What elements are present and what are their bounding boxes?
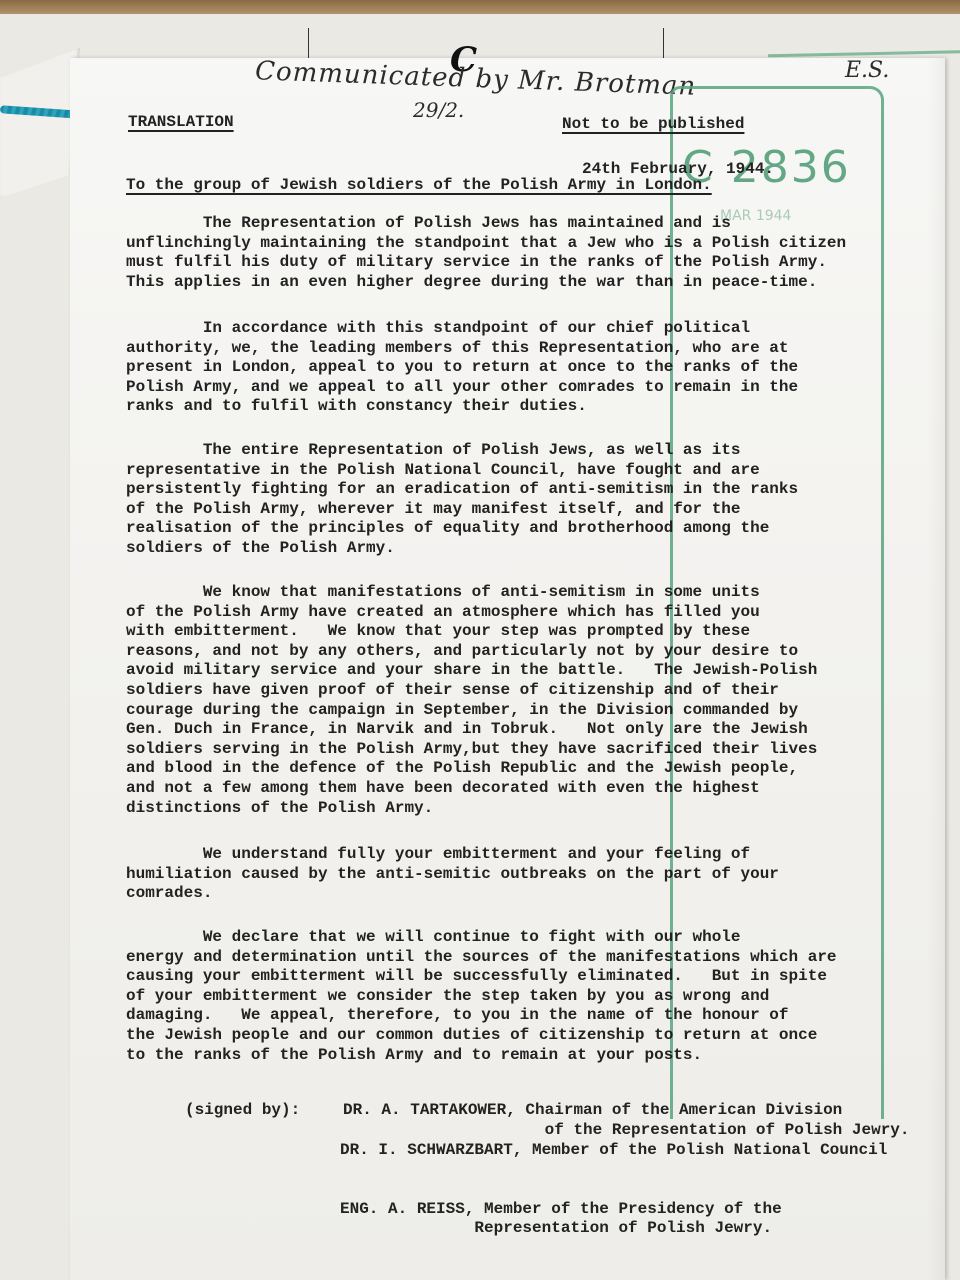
paragraph: The entire Representation of Polish Jews…: [126, 441, 798, 559]
signatory: ENG. A. REISS, Member of the Presidency …: [340, 1180, 782, 1239]
paragraph: The Representation of Polish Jews has ma…: [126, 214, 846, 292]
handwritten-note: Communicated by Mr. Brotman: [255, 56, 697, 101]
paragraph: We declare that we will continue to figh…: [126, 928, 837, 1065]
document-page: C Communicated by Mr. Brotman 29/2. E.S.…: [70, 58, 945, 1280]
translation-label: TRANSLATION: [128, 113, 234, 133]
paragraph: In accordance with this standpoint of ou…: [126, 319, 798, 417]
signed-by-label: (signed by):: [185, 1101, 300, 1121]
handwritten-date: 29/2.: [413, 98, 464, 122]
handwritten-initials: E.S.: [845, 58, 889, 83]
signatory: DR. A. TARTAKOWER, Chairman of the Ameri…: [343, 1101, 910, 1140]
paragraph: We know that manifestations of anti-semi…: [126, 583, 817, 818]
addressee-line: To the group of Jewish soldiers of the P…: [126, 176, 712, 196]
page-edge-shadow: [927, 58, 945, 1280]
paragraph: We understand fully your embitterment an…: [126, 845, 779, 904]
signatory: DR. I. SCHWARZBART, Member of the Polish…: [340, 1141, 887, 1161]
not-to-be-published-label: Not to be published: [562, 115, 744, 135]
